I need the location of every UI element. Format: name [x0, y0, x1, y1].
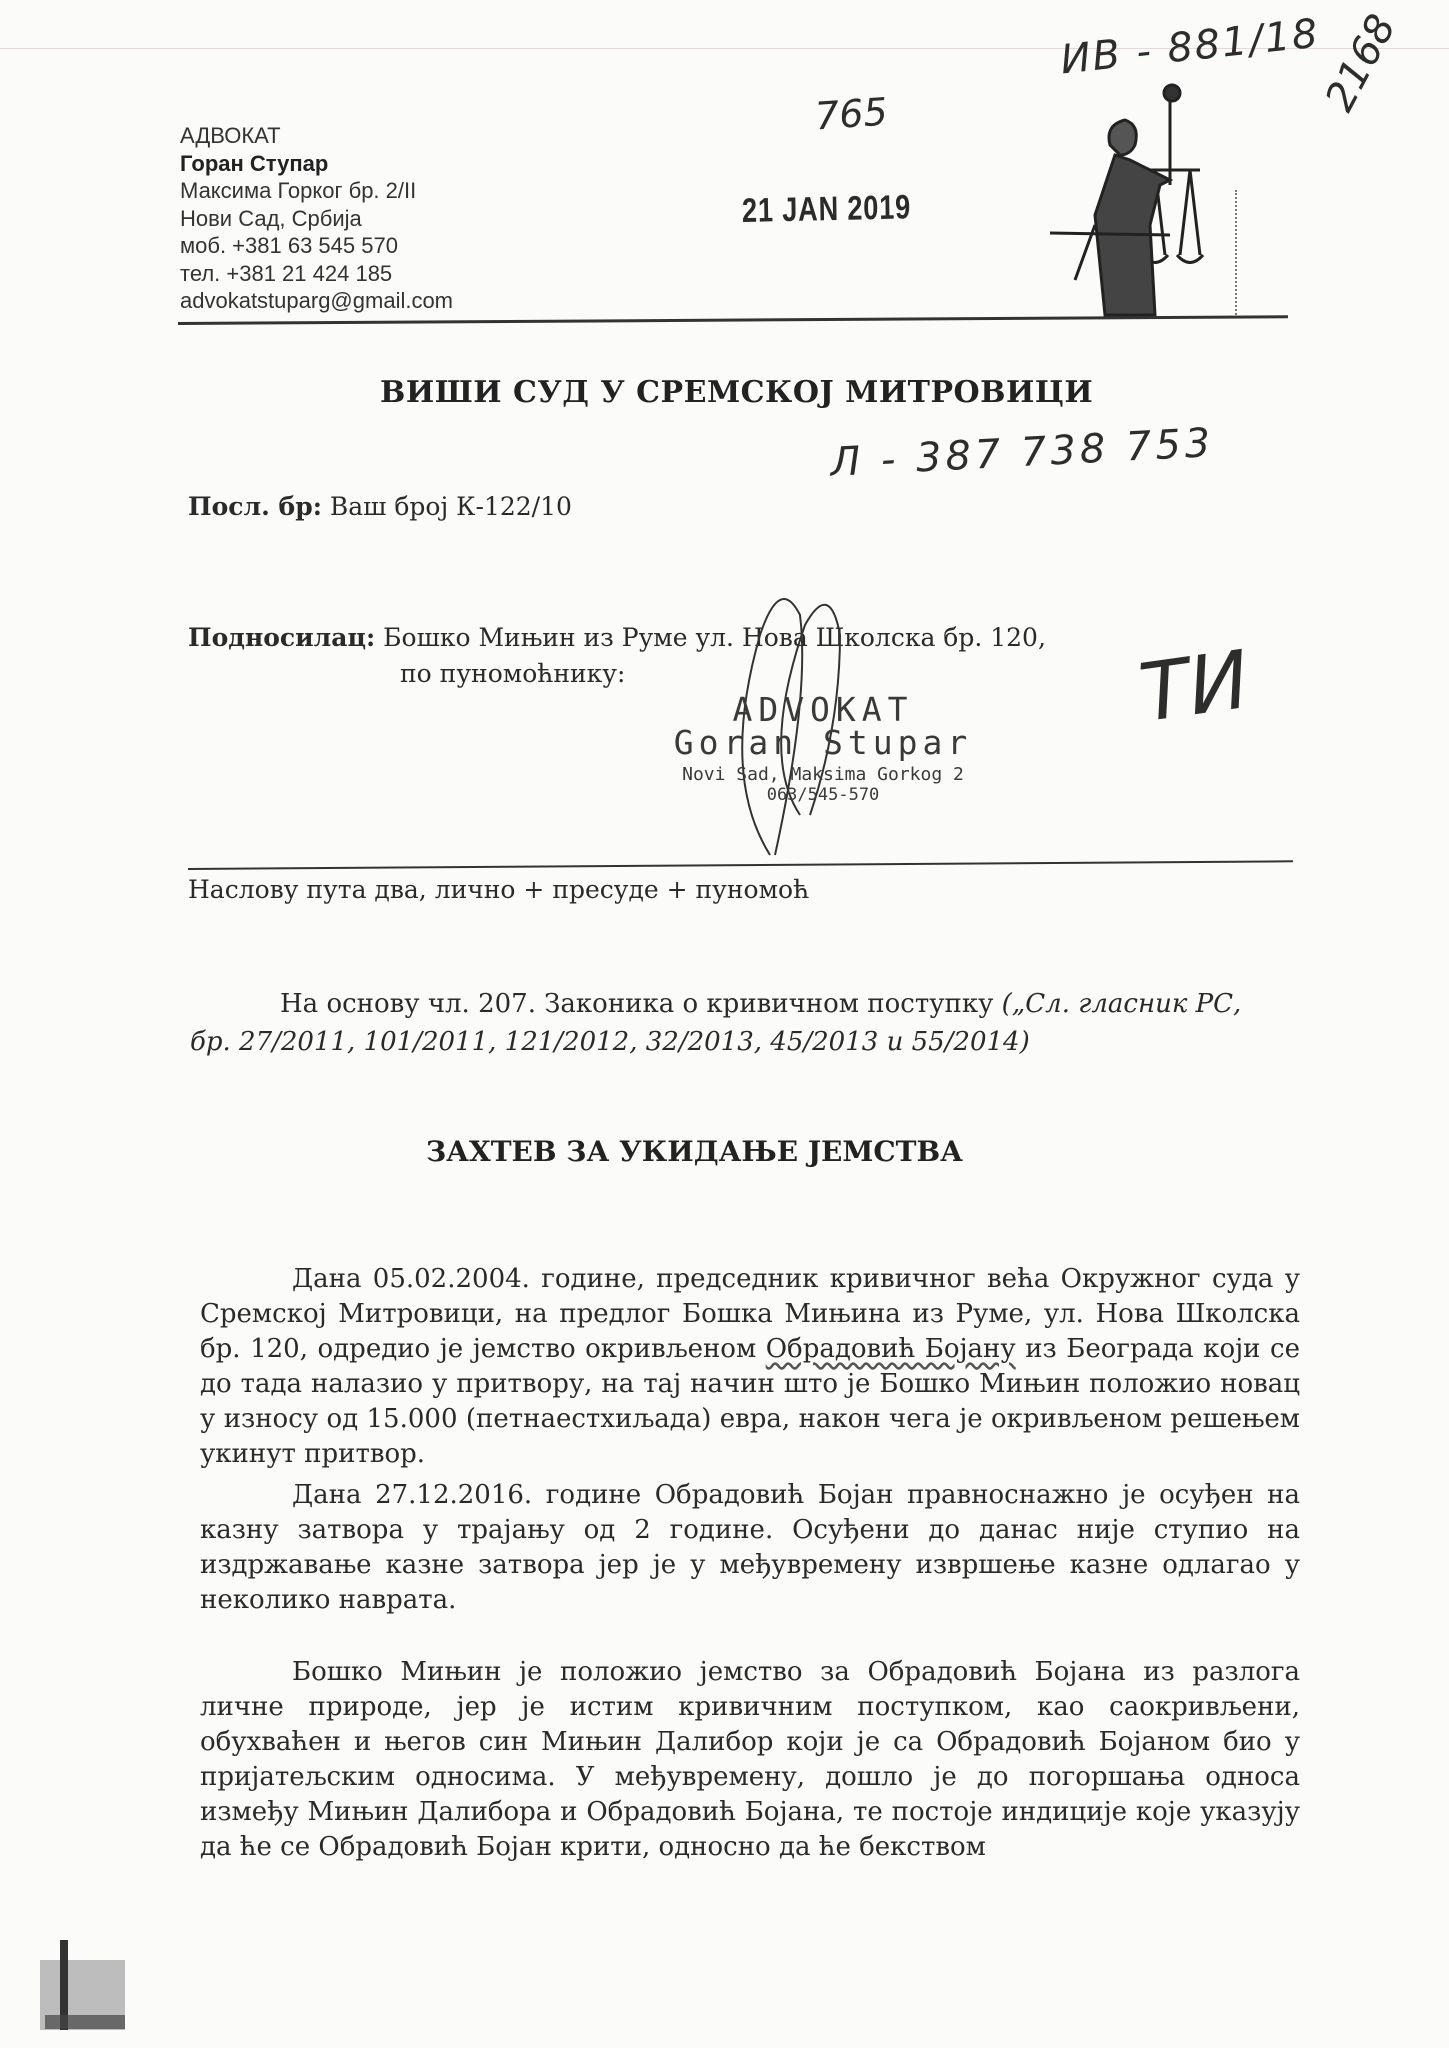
- attorney-phone: тел. +381 21 424 185: [180, 260, 453, 288]
- received-date-stamp: 21 JAN 2019: [742, 188, 912, 231]
- attorney-mobile: моб. +381 63 545 570: [180, 232, 453, 260]
- paragraph-2: Дана 27.12.2016. године Обрадовић Бојан …: [200, 1478, 1300, 1618]
- court-name: ВИШИ СУД У СРЕМСКОЈ МИТРОВИЦИ: [380, 375, 1093, 410]
- handwritten-registry-number: Л - 387 738 753: [829, 420, 1215, 486]
- handwritten-initials: ТИ: [1134, 633, 1255, 740]
- scan-artifact: [25, 1920, 135, 2040]
- legal-basis: На основу чл. 207. Законика о кривичном …: [190, 985, 1270, 1061]
- enclosures-line: Наслову пута два, лично + пресуде + пуно…: [188, 875, 809, 904]
- legal-basis-lead: На основу чл. 207. Законика о кривичном …: [190, 989, 993, 1019]
- case-reference-label: Посл. бр:: [188, 492, 322, 521]
- handwritten-case-number: ИВ - 881/18: [1058, 11, 1321, 84]
- underlined-name: Обрадовић Бојану: [766, 1334, 1016, 1364]
- applicant-via: по пуномоћнику:: [188, 656, 1046, 692]
- document-title: ЗАХТЕВ ЗА УКИДАЊЕ ЈЕМСТВА: [0, 1135, 1449, 1168]
- stamp-frame-border: [1235, 190, 1239, 315]
- attorney-address: Максима Горког бр. 2/II: [180, 177, 453, 205]
- case-reference-value: Ваш број К-122/10: [330, 492, 572, 521]
- letterhead-title: АДВОКАТ: [180, 122, 453, 150]
- letterhead: АДВОКАТ Горан Ступар Максима Горког бр. …: [180, 122, 453, 315]
- attorney-stamp-phone: 063/545-570: [668, 785, 978, 805]
- handwritten-page-number: 765: [814, 90, 889, 139]
- case-reference: Посл. бр: Ваш број К-122/10: [188, 492, 572, 521]
- lady-justice-icon: [1050, 75, 1240, 325]
- attorney-city: Нови Сад, Србија: [180, 205, 453, 233]
- attorney-email: advokatstuparg@gmail.com: [180, 287, 453, 315]
- attorney-name: Горан Ступар: [180, 150, 453, 178]
- paragraph-3: Бошко Мињин је положио јемство за Обрадо…: [200, 1655, 1300, 1865]
- applicant-label: Подносилац:: [188, 623, 375, 652]
- paragraph-3-text: Бошко Мињин је положио јемство за Обрадо…: [200, 1655, 1300, 1865]
- applicant-block: Подносилац: Бошко Мињин из Руме ул. Нова…: [188, 620, 1046, 692]
- paragraph-2-text: Дана 27.12.2016. године Обрадовић Бојан …: [200, 1478, 1300, 1618]
- attorney-stamp-address: Novi Sad, Maksima Gorkog 2: [668, 764, 978, 785]
- attorney-stamp-name: Goran Stupar: [668, 723, 978, 762]
- handwritten-side-number: 2168: [1317, 7, 1405, 118]
- attorney-stamp: ADVOKAT Goran Stupar Novi Sad, Maksima G…: [668, 690, 978, 805]
- paragraph-1: Дана 05.02.2004. године, председник крив…: [200, 1262, 1300, 1472]
